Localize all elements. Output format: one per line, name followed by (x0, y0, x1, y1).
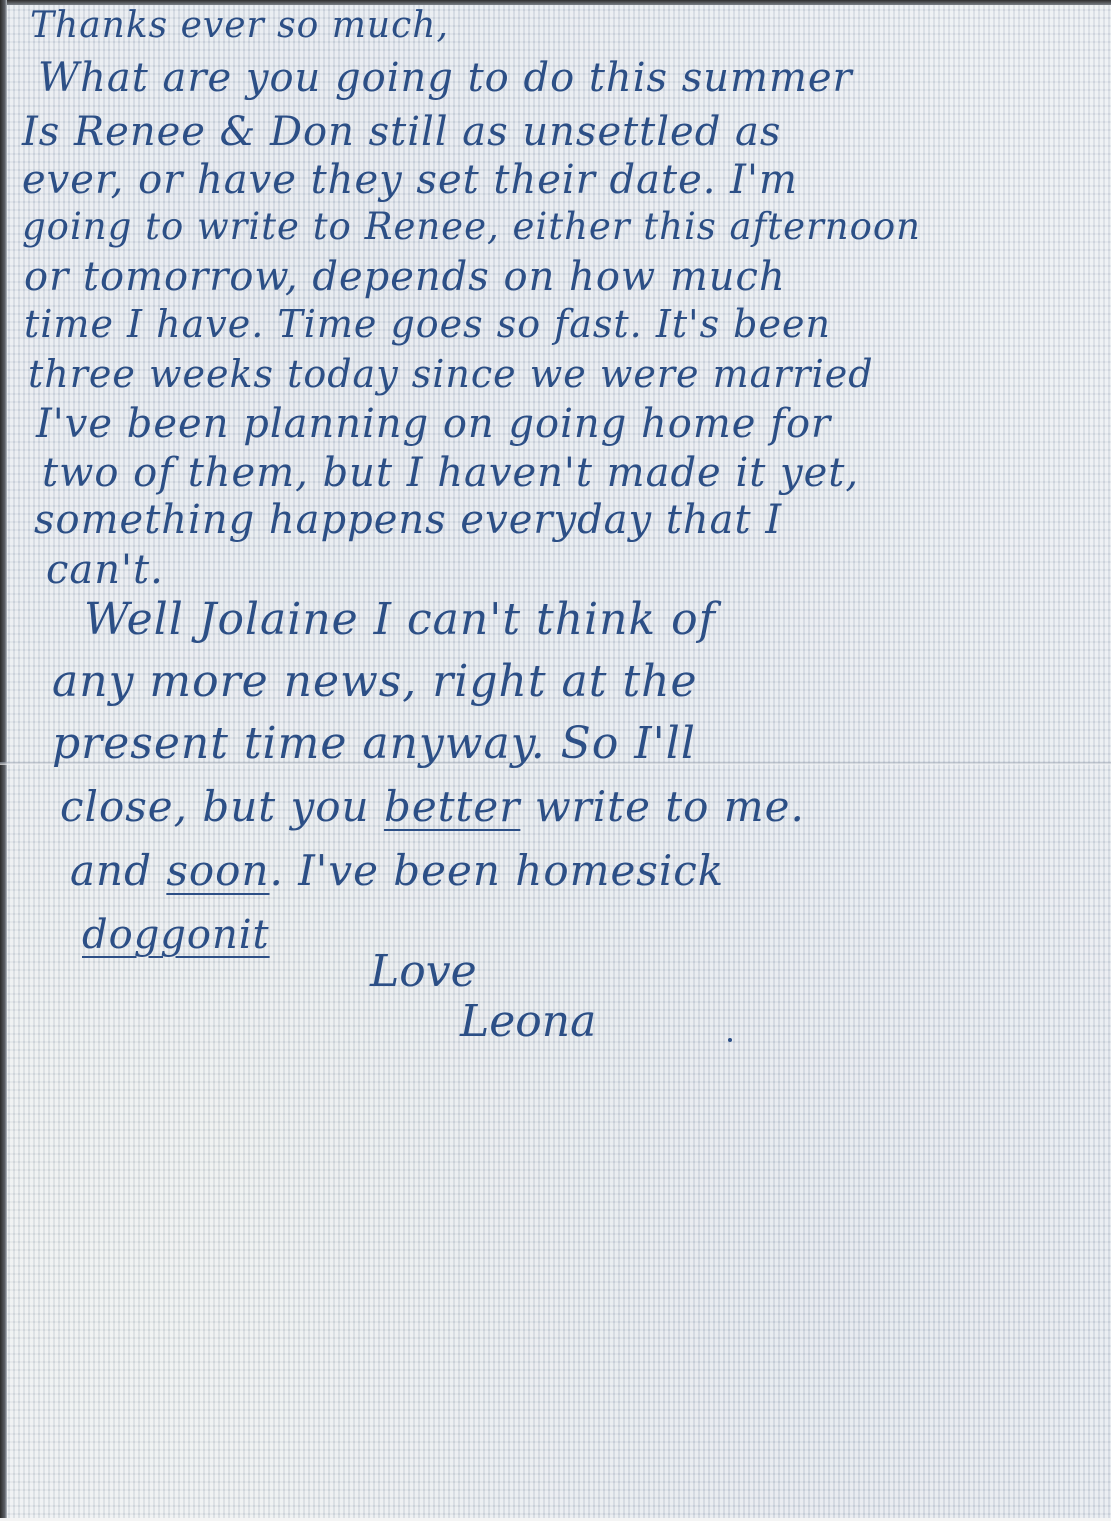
letter-line: or tomorrow, depends on how much (24, 257, 786, 297)
letter-closing: Love (370, 950, 477, 994)
letter-line: ever, or have they set their date. I'm (22, 160, 798, 200)
letter-line: doggonit (82, 915, 270, 955)
letter-page: Thanks ever so much, What are you going … (0, 0, 1111, 1521)
underlined-word: soon (166, 846, 269, 895)
letter-line: time I have. Time goes so fast. It's bee… (24, 305, 831, 343)
letter-line: Thanks ever so much, (30, 8, 449, 44)
letter-line: close, but you better write to me. (60, 786, 805, 828)
letter-line: present time anyway. So I'll (52, 722, 696, 766)
letter-line: something happens everyday that I (34, 500, 782, 540)
letter-text: and (70, 846, 166, 895)
letter-line: can't. (46, 550, 164, 590)
letter-line: Well Jolaine I can't think of (84, 598, 716, 642)
letter-line: I've been planning on going home for (36, 404, 831, 444)
letter-line: going to write to Renee, either this aft… (22, 208, 921, 245)
letter-line: and soon. I've been homesick (70, 850, 724, 892)
letter-line: three weeks today since we were married (28, 355, 874, 393)
letter-line: What are you going to do this summer (38, 58, 853, 98)
letter-line: any more news, right at the (52, 660, 698, 704)
letter-text: close, but you (60, 782, 384, 831)
ink-dot (728, 1038, 732, 1042)
underlined-word: better (384, 782, 520, 831)
letter-text: write to me. (520, 782, 804, 831)
letter-signature: Leona (460, 1000, 596, 1044)
letter-line: two of them, but I haven't made it yet, (42, 453, 859, 493)
letter-text: . I've been homesick (270, 846, 725, 895)
letter-line: Is Renee & Don still as unsettled as (22, 112, 781, 152)
letter-body: Thanks ever so much, What are you going … (0, 0, 1111, 1521)
